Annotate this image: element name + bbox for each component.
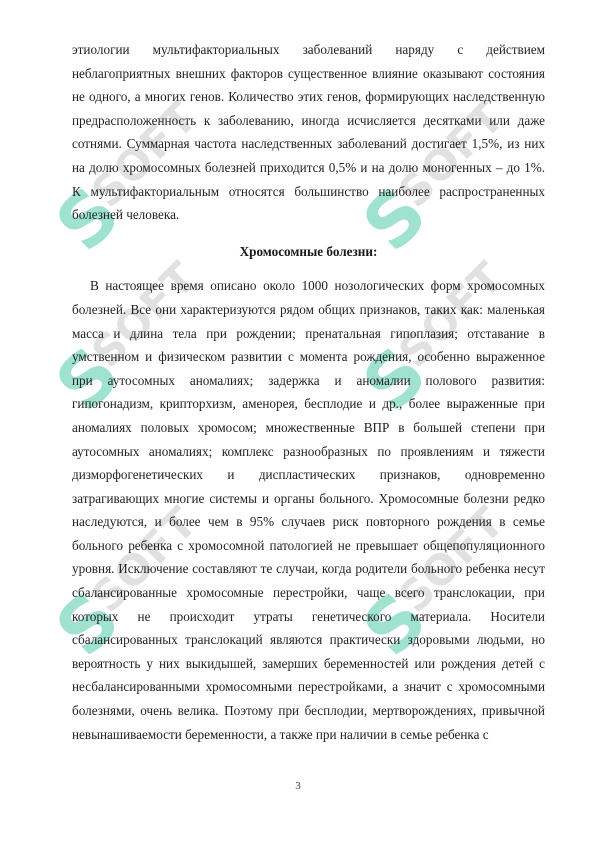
intro-paragraph: этиологии мультифакториальных заболевани… xyxy=(72,38,545,227)
document-body: этиологии мультифакториальных заболевани… xyxy=(72,38,545,746)
section-heading: Хромосомные болезни: xyxy=(72,240,545,264)
body-paragraph: В настоящее время описано около 1000 ноз… xyxy=(72,274,545,746)
page-number: 3 xyxy=(0,780,596,792)
document-page: S SOFT S SOFT S SOFT S SOFT S SOFT S SOF… xyxy=(0,0,596,842)
